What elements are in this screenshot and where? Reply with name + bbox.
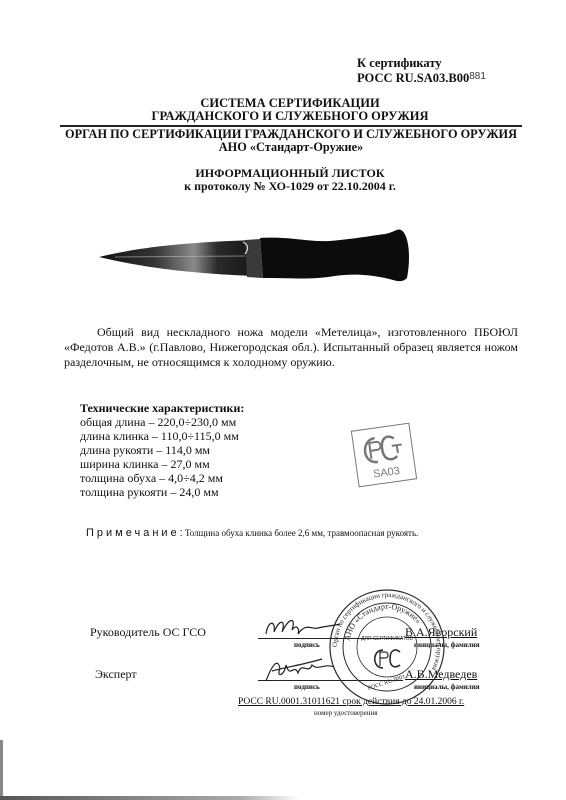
spec-item: толщина обуха – 4,0÷4,2 мм xyxy=(80,471,244,485)
system-title-line2: ГРАЖДАНСКОГО И СЛУЖЕБНОГО ОРУЖИЯ xyxy=(60,110,520,123)
specs-title: Технические характеристики: xyxy=(80,401,244,415)
spec-item: длина клинка – 110,0÷115,0 мм xyxy=(80,429,244,443)
role-head-label: Руководитель ОС ГСО xyxy=(90,625,206,640)
info-sheet-protocol: к протоколу № ХО-1029 от 22.10.2004 г. xyxy=(150,180,430,193)
reference-line2: РОСС RU.SA03.B00881 xyxy=(357,70,486,85)
technical-specs: Технические характеристики: общая длина … xyxy=(80,401,244,499)
spec-item: толщина рукояти – 24,0 мм xyxy=(80,485,244,499)
organ-title: ОРГАН ПО СЕРТИФИКАЦИИ ГРАЖДАНСКОГО И СЛУ… xyxy=(60,128,522,154)
reference-line1: К сертификату xyxy=(357,56,486,70)
certificate-number-caption: номер удостоверения xyxy=(314,709,377,717)
organ-title-line2: АНО «Стандарт-Оружие» xyxy=(60,141,522,154)
spec-item: длина рукояти – 114,0 мм xyxy=(80,443,244,457)
spec-item: ширина клинка – 27,0 мм xyxy=(80,457,244,471)
rst-certification-mark-icon: SA03 xyxy=(349,421,419,489)
signature-caption: подпись xyxy=(294,683,320,691)
note-text: Толщина обуха клинка более 2,6 мм, травм… xyxy=(183,528,419,538)
reference-handwritten-number: 881 xyxy=(469,71,486,82)
note-label: Примечание xyxy=(86,527,180,539)
role-expert-label: Эксперт xyxy=(95,667,137,682)
scan-edge xyxy=(0,740,3,800)
description-text: Общий вид нескладного ножа модели «Метел… xyxy=(64,325,518,370)
reference-number: РОСС RU.SA03.B00 xyxy=(357,71,469,85)
info-sheet-heading: ИНФОРМАЦИОННЫЙ ЛИСТОК к протоколу № ХО-1… xyxy=(150,167,430,193)
signature-caption: подпись xyxy=(294,641,320,649)
certificate-reference: К сертификату РОСС RU.SA03.B00881 xyxy=(357,56,486,85)
knife-photo-icon xyxy=(95,222,445,292)
note: Примечание: Толщина обуха клинка более 2… xyxy=(86,527,418,539)
system-title: СИСТЕМА СЕРТИФИКАЦИИ ГРАЖДАНСКОГО И СЛУЖ… xyxy=(60,97,520,123)
scan-edge xyxy=(0,796,300,800)
official-stamp-icon: Орган по сертификации гражданского и слу… xyxy=(328,588,446,706)
stamp-center-text: ДЛЯ СЕРТИФИКАТОВ xyxy=(361,636,413,642)
description-paragraph: Общий вид нескладного ножа модели «Метел… xyxy=(64,325,518,370)
cert-mark-code: SA03 xyxy=(372,465,400,481)
spec-item: общая длина – 220,0÷230,0 мм xyxy=(80,415,244,429)
